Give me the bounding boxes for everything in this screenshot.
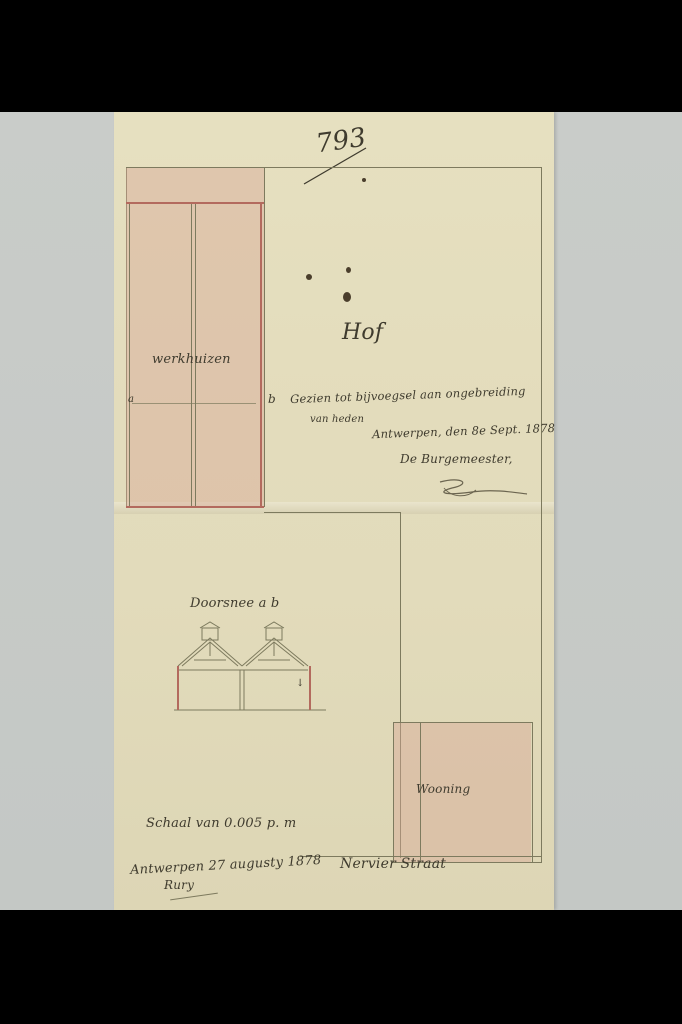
place-date: Antwerpen 27 augusty 1878 bbox=[130, 853, 322, 878]
approval-line-4: De Burgemeester, bbox=[400, 452, 513, 466]
approval-line-1: Gezien tot bijvoegsel aan ongebreiding bbox=[290, 384, 526, 406]
ink-stain bbox=[346, 267, 351, 273]
workshop-wall-left bbox=[129, 204, 130, 506]
boundary-right bbox=[541, 167, 542, 863]
section-mark-a: a bbox=[128, 394, 134, 405]
workshop-label: werkhuizen bbox=[152, 352, 231, 367]
plan-sheet: 793 werkhuizen a b Hof Gezien tot bijvoe… bbox=[114, 112, 554, 910]
ink-stain bbox=[306, 274, 312, 280]
ink-stain bbox=[343, 292, 351, 302]
scale-note: Schaal van 0.005 p. m bbox=[146, 816, 296, 831]
approval-line-2: van heden bbox=[310, 414, 364, 425]
section-mark-b: b bbox=[268, 392, 276, 406]
section-title: Doorsnee a b bbox=[190, 596, 279, 611]
cross-section-drawing bbox=[174, 620, 334, 715]
dwelling-top bbox=[393, 722, 533, 723]
approval-line-3: Antwerpen, den 8e Sept. 1878 bbox=[372, 421, 556, 441]
courtyard-label: Hof bbox=[342, 320, 383, 345]
section-cut-line bbox=[132, 403, 256, 404]
dwelling-right bbox=[532, 722, 533, 862]
street-name: Nervier Straat bbox=[340, 856, 446, 872]
section-arrow-mark: ↓ bbox=[296, 678, 305, 689]
sheet-number-underline bbox=[302, 140, 382, 190]
dwelling-label: Wooning bbox=[416, 782, 470, 796]
author-name: Rury bbox=[164, 878, 194, 892]
mayor-signature bbox=[432, 474, 532, 504]
author-underline bbox=[170, 893, 218, 901]
ink-stain bbox=[362, 178, 366, 182]
boundary-left-divider bbox=[264, 167, 265, 507]
dwelling-left bbox=[393, 722, 394, 862]
workshop-wall-right bbox=[260, 202, 262, 508]
workshop-wall-bottom bbox=[126, 506, 264, 508]
lower-plot-top bbox=[264, 512, 401, 513]
